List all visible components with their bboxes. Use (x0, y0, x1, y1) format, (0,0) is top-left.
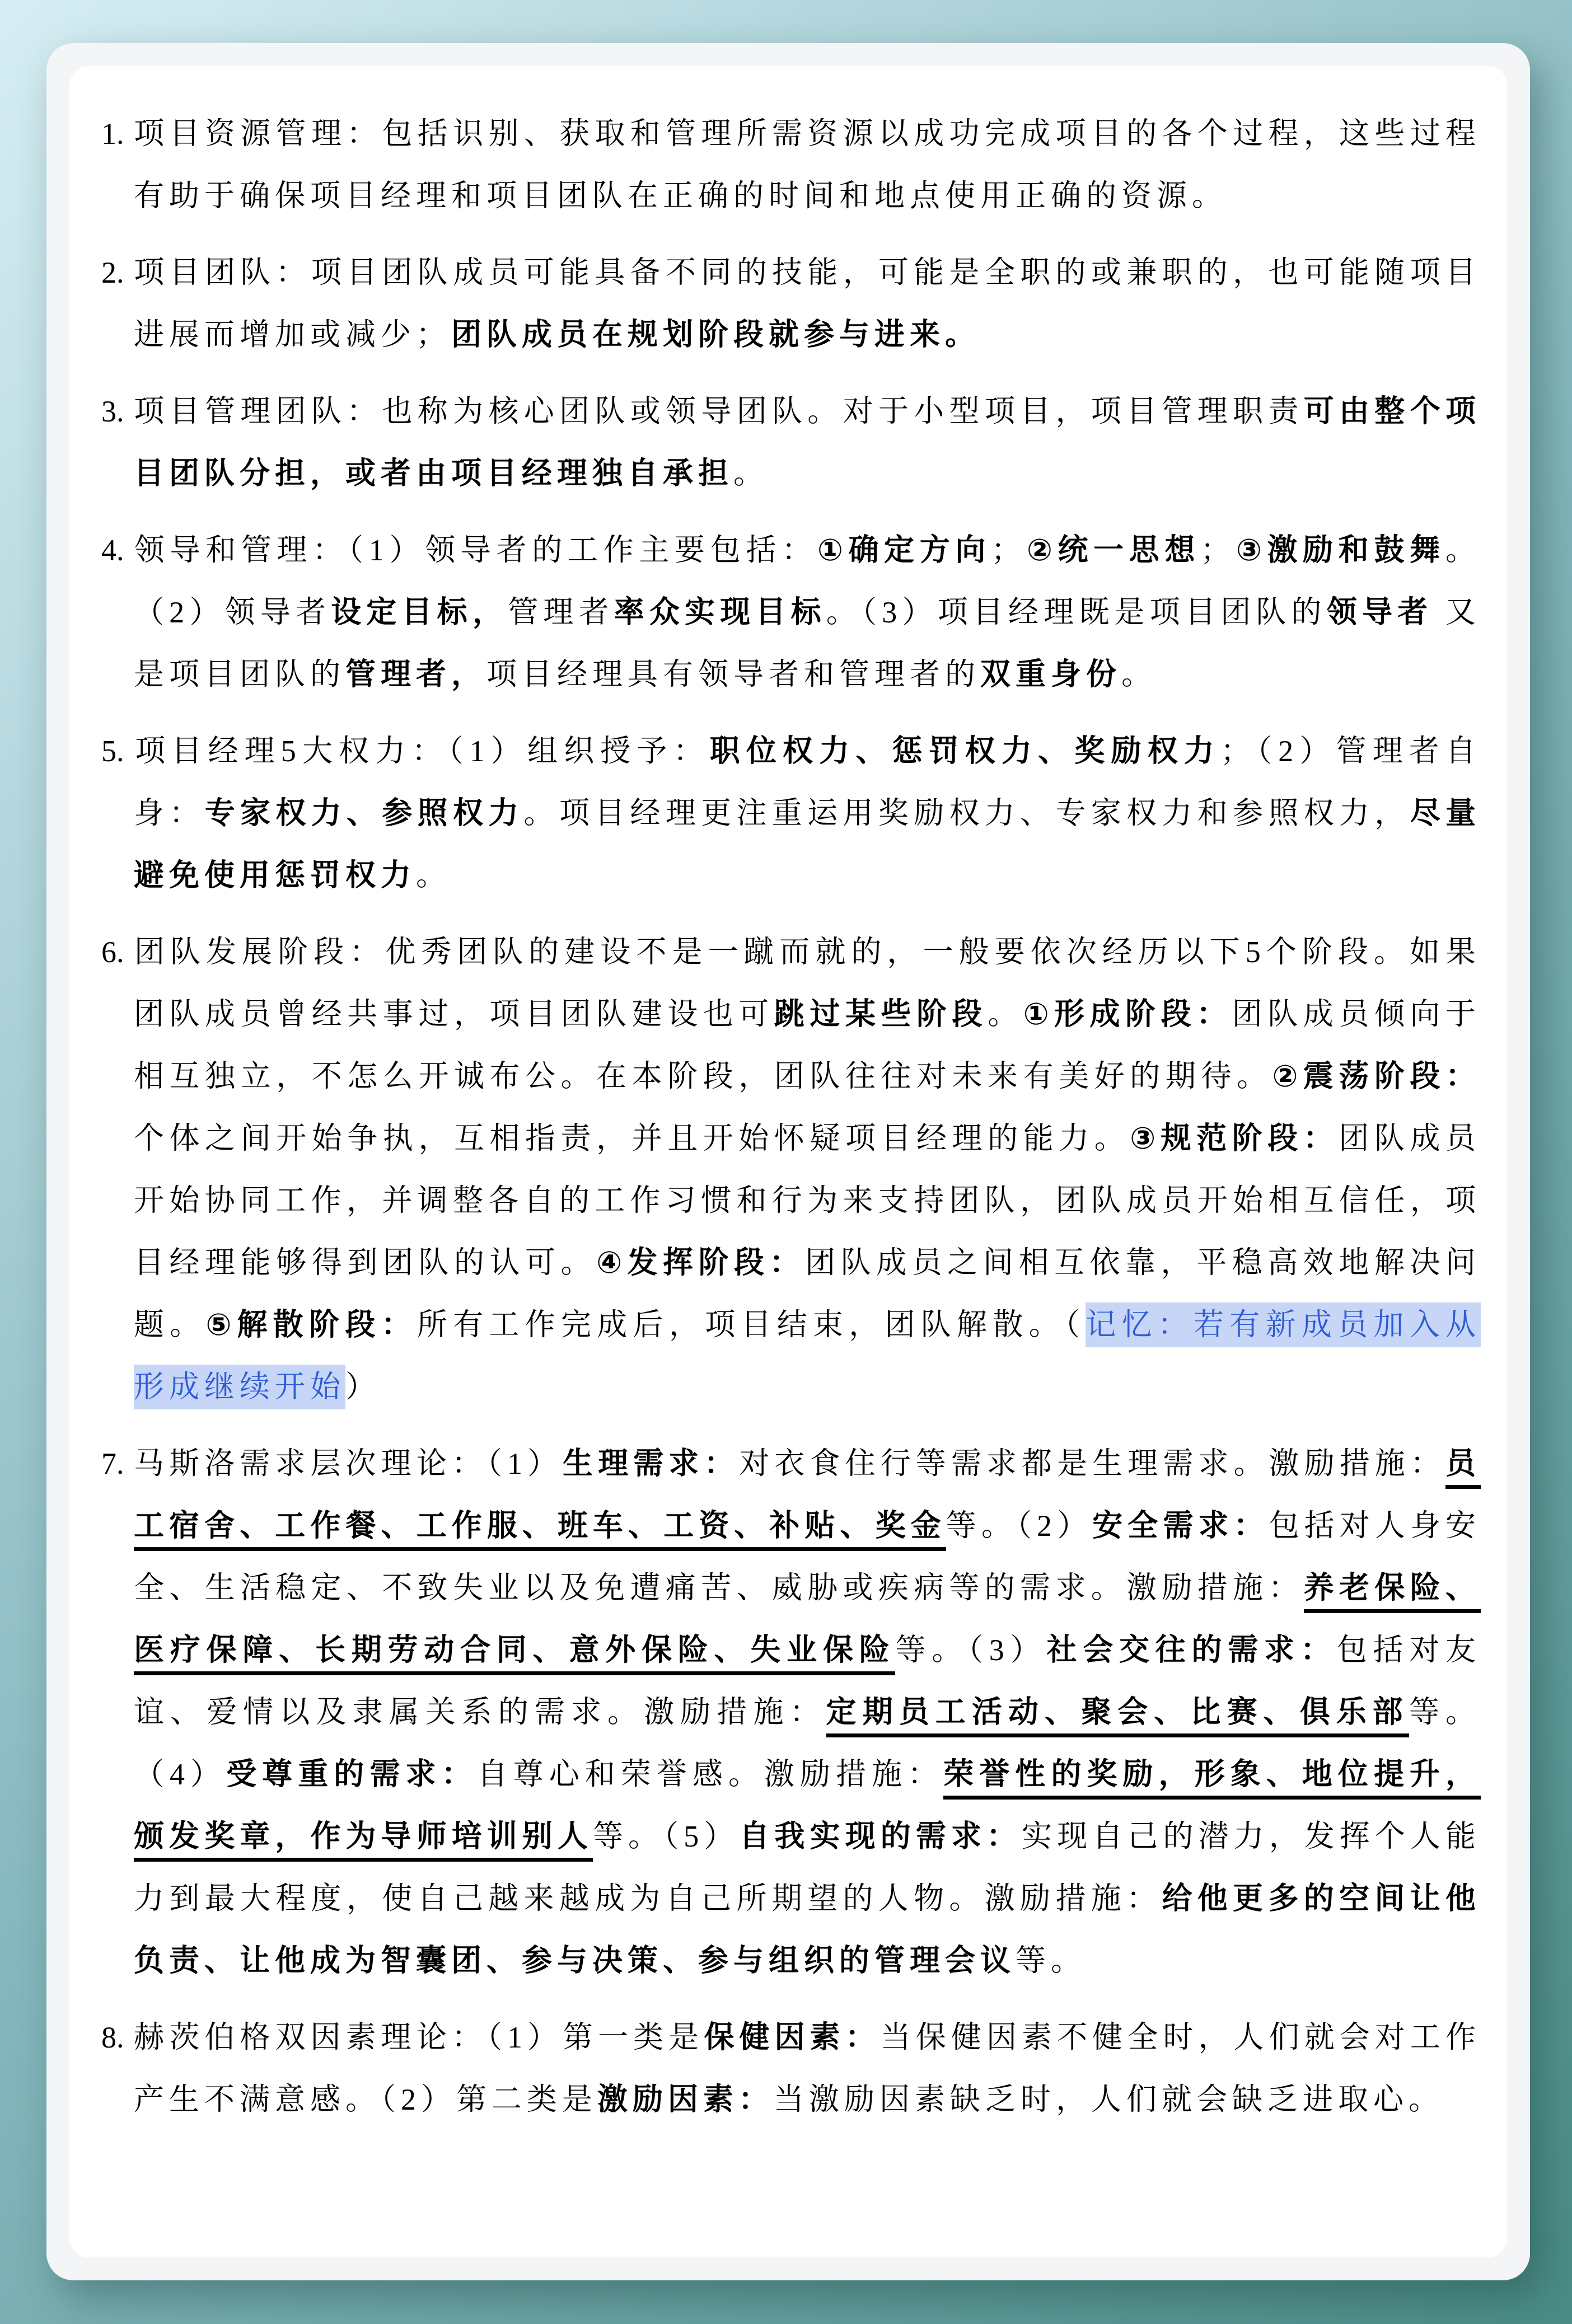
text-run-bold: 率众实现目标 (614, 596, 826, 629)
text-run-normal: 项目经理5大权力：（1）组织授予： (134, 734, 710, 768)
document-card: 1.项目资源管理：包括识别、获取和管理所需资源以成功完成项目的各个过程，这些过程… (46, 43, 1530, 2280)
item-number: 7. (101, 1433, 134, 1495)
text-run-normal: 项目资源管理：包括识别、获取和管理所需资源以成功完成项目的各个过程，这些过程有助… (134, 117, 1481, 213)
list-item: 6.团队发展阶段：优秀团队的建设不是一蹴而就的，一般要依次经历以下5个阶段。如果… (101, 921, 1481, 1418)
text-run-bold: ⑤解散阶段： (206, 1308, 417, 1342)
text-run-bold-underline: 定期员工活动、聚会、比赛、俱乐部 (826, 1695, 1409, 1737)
text-run-bold: ②震荡阶段： (1272, 1060, 1481, 1093)
text-run-bold: 激励因素： (597, 2083, 774, 2116)
text-run-bold: 设定目标， (331, 596, 508, 629)
list-item: 3.项目管理团队：也称为核心团队或领导团队。对于小型项目，项目管理职责可由整个项… (101, 381, 1481, 505)
text-run-bold: 保健因素： (704, 2021, 880, 2054)
text-run-normal: 当激励因素缺乏时，人们就会缺乏进取心。 (774, 2083, 1444, 2116)
text-run-bold: ②统一思想 (1026, 533, 1200, 567)
text-run-normal: 等。（2） (946, 1509, 1092, 1543)
text-run-normal: 等。（3） (895, 1633, 1046, 1667)
item-number: 5. (101, 720, 134, 783)
text-run-bold: 安全需求： (1092, 1509, 1269, 1543)
text-run-normal: 马斯洛需求层次理论：（1） (134, 1447, 563, 1480)
notes-list: 1.项目资源管理：包括识别、获取和管理所需资源以成功完成项目的各个过程，这些过程… (101, 103, 1481, 2131)
text-run-bold: 双重身份 (980, 658, 1121, 691)
text-run-bold: 社会交往的需求： (1046, 1633, 1336, 1667)
list-item: 7.马斯洛需求层次理论：（1）生理需求：对衣食住行等需求都是生理需求。激励措施：… (101, 1433, 1481, 1992)
text-run-normal: 项目管理团队：也称为核心团队或领导团队。对于小型项目，项目管理职责 (134, 395, 1304, 428)
text-run-bold: 领导者 (1327, 596, 1433, 629)
text-run-bold: 专家权力、参照权力 (205, 796, 524, 830)
list-item: 5.项目经理5大权力：（1）组织授予：职位权力、惩罚权力、奖励权力；（2）管理者… (101, 720, 1481, 907)
text-run-normal: 项目经理具有领导者和管理者的 (486, 658, 980, 691)
text-run-normal: 领导和管理：（1）领导者的工作主要包括： (134, 533, 817, 567)
text-run-normal: 。 (988, 997, 1023, 1031)
list-item: 1.项目资源管理：包括识别、获取和管理所需资源以成功完成项目的各个过程，这些过程… (101, 103, 1481, 227)
text-run-bold: 职位权力、惩罚权力、奖励权力 (710, 734, 1220, 768)
text-run-bold: 受尊重的需求： (226, 1758, 477, 1791)
text-run-bold: 管理者， (345, 658, 486, 691)
desktop-background: { "theme": { "background_gradient_start"… (0, 0, 1572, 2324)
text-run-bold: ③激励和鼓舞 (1236, 533, 1445, 567)
text-run-normal: 自尊心和荣誉感。激励措施： (478, 1758, 944, 1791)
text-run-normal: 个体之间开始争执，互相指责，并且开始怀疑项目经理的能力。 (134, 1122, 1130, 1155)
item-number: 3. (101, 381, 134, 443)
text-run-normal: ； (1200, 533, 1236, 567)
text-run-bold: 跳过某些阶段 (774, 997, 988, 1031)
text-run-bold: 团队成员在规划阶段就参与进来。 (451, 318, 980, 352)
item-number: 8. (101, 2007, 134, 2069)
text-run-normal: ； (991, 533, 1026, 567)
text-run-normal: 。 (733, 457, 769, 490)
list-item: 4.领导和管理：（1）领导者的工作主要包括：①确定方向；②统一思想；③激励和鼓舞… (101, 519, 1481, 706)
text-run-normal: 。 (416, 859, 451, 892)
item-number: 1. (101, 103, 134, 165)
text-run-normal: 对衣食住行等需求都是生理需求。激励措施： (739, 1447, 1445, 1480)
text-run-normal: 等。 (1016, 1944, 1086, 1978)
item-number: 2. (101, 242, 134, 304)
text-run-normal: ） (345, 1370, 381, 1404)
text-run-normal: 等。（5） (593, 1820, 739, 1853)
text-run-normal: 。（3）项目经理既是项目团队的 (826, 596, 1327, 629)
list-item: 2.项目团队：项目团队成员可能具备不同的技能，可能是全职的或兼职的，也可能随项目… (101, 242, 1481, 366)
text-run-bold: ①确定方向 (817, 533, 991, 567)
text-run-bold: ①形成阶段： (1023, 997, 1232, 1031)
list-item: 8.赫茨伯格双因素理论：（1）第一类是保健因素：当保健因素不健全时，人们就会对工… (101, 2007, 1481, 2131)
text-run-normal: 。项目经理更注重运用奖励权力、专家权力和参照权力， (524, 796, 1410, 830)
text-run-bold: ③规范阶段： (1130, 1122, 1339, 1155)
text-run-normal: 所有工作完成后，项目结束，团队解散。（ (417, 1308, 1086, 1342)
text-run-normal: 赫茨伯格双因素理论：（1）第一类是 (134, 2021, 704, 2054)
text-run-normal: 。 (1121, 658, 1157, 691)
item-number: 4. (101, 519, 134, 582)
item-number: 6. (101, 921, 134, 983)
text-run-bold: 自我实现的需求： (739, 1820, 1022, 1853)
document-page: 1.项目资源管理：包括识别、获取和管理所需资源以成功完成项目的各个过程，这些过程… (69, 66, 1507, 2257)
text-run-normal: 管理者 (508, 596, 614, 629)
text-run-bold: ④发挥阶段： (596, 1246, 805, 1280)
text-run-bold: 生理需求： (563, 1447, 739, 1480)
